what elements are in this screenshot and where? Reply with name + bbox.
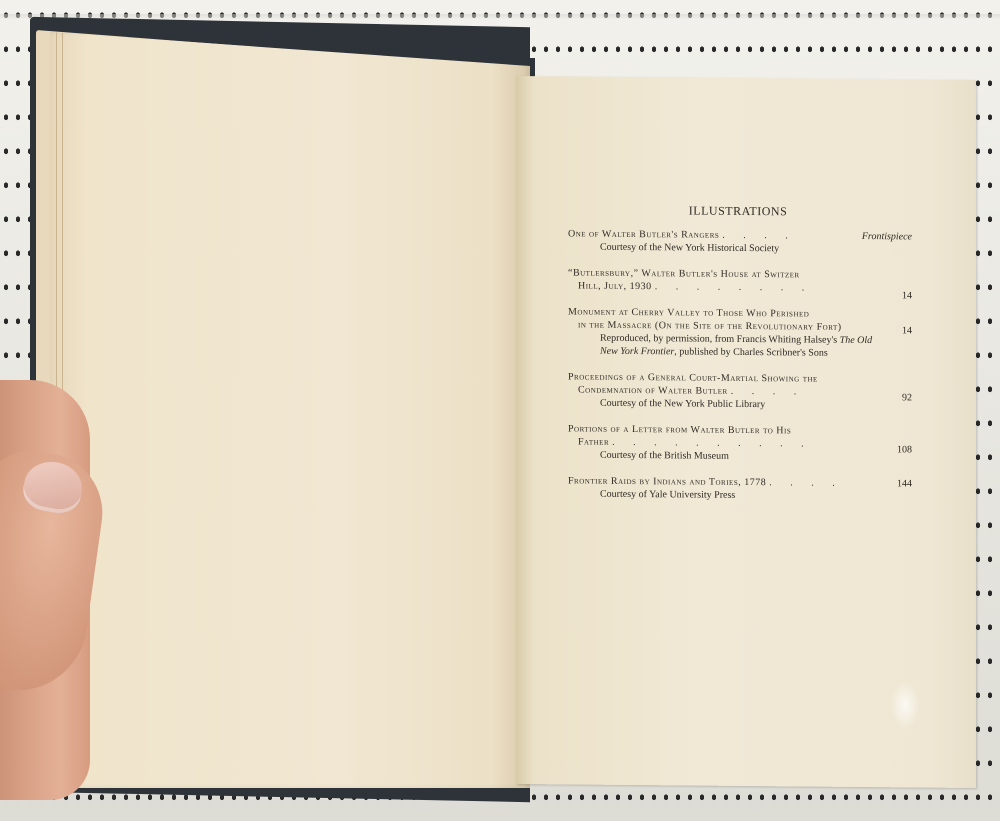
leader-dots: . . . . xyxy=(731,386,805,398)
leader-dots: . . . . . . . . xyxy=(655,281,813,293)
page-heading: ILLUSTRATIONS xyxy=(588,203,888,221)
entry-title: “Butlersbury,” Walter Butler's House at … xyxy=(568,266,888,295)
page-number: 108 xyxy=(897,443,912,456)
page-number: 92 xyxy=(902,391,912,404)
entry-title: Portions of a Letter from Walter Butler … xyxy=(568,422,888,451)
entry-credit: Courtesy of the New York Public Library xyxy=(568,396,888,412)
list-item: “Butlersbury,” Walter Butler's House at … xyxy=(568,266,888,295)
page-number: 14 xyxy=(902,289,912,302)
left-page xyxy=(50,32,530,788)
list-item: Monument at Cherry Valley to Those Who P… xyxy=(568,305,888,360)
illustrations-list: ILLUSTRATIONS One of Walter Butler's Ran… xyxy=(568,202,888,516)
list-item: Portions of a Letter from Walter Butler … xyxy=(568,422,888,464)
leader-dots: . . . . . . . . . . xyxy=(612,437,812,450)
entry-title: Monument at Cherry Valley to Those Who P… xyxy=(568,305,888,334)
entry-credit: Courtesy of the British Museum xyxy=(568,448,888,464)
entry-credit: Reproduced, by permission, from Francis … xyxy=(568,331,888,360)
page-number: Frontispiece xyxy=(862,230,912,243)
entry-credit: Courtesy of the New York Historical Soci… xyxy=(568,240,888,256)
list-item: One of Walter Butler's Rangers . . . . F… xyxy=(568,227,888,256)
page-number: 14 xyxy=(902,324,912,337)
leader-dots: . . . . xyxy=(722,230,796,242)
light-glare xyxy=(890,680,920,730)
list-item: Frontier Raids by Indians and Tories, 17… xyxy=(568,474,888,503)
list-item: Proceedings of a General Court-Martial S… xyxy=(568,370,888,412)
page-number: 144 xyxy=(897,477,912,490)
leader-dots: . . . . xyxy=(769,477,843,489)
entry-title: Proceedings of a General Court-Martial S… xyxy=(568,370,888,399)
